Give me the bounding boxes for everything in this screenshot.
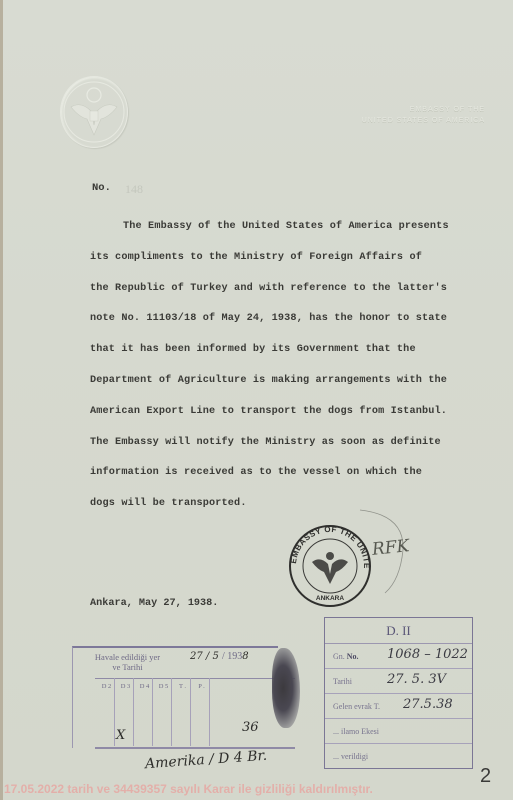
embossed-letterhead-text: EMBASSY OF THE UNITED STATES OF AMERICA	[335, 104, 485, 126]
stamp-row: Tarihi 27. 5. 3V	[325, 669, 472, 694]
body-line: The Embassy of the United States of Amer…	[90, 212, 470, 243]
body-line: American Export Line to transport the do…	[90, 397, 470, 428]
page-number: 2	[480, 765, 491, 788]
stamp-number: 36	[242, 720, 259, 735]
body-line: Department of Agriculture is making arra…	[90, 366, 470, 397]
body-line: The Embassy will notify the Ministry as …	[90, 428, 470, 459]
row-label-text: Gn.	[333, 652, 347, 661]
row-label: Gn. No.	[333, 652, 359, 661]
column-d3: D 3	[116, 683, 135, 690]
registry-stamp-left: Havale edildiği yer ve Tarihi 27 / 5 / 1…	[72, 646, 277, 706]
stamp-columns: D 2 D 3 D 4 D 5 T . P .	[97, 683, 211, 690]
place-date: Ankara, May 27, 1938.	[90, 598, 218, 609]
body-line: that it has been informed by its Governm…	[90, 335, 470, 366]
svg-text:ANKARA: ANKARA	[316, 595, 344, 602]
stamp-mark: X	[116, 728, 125, 743]
stamp-header-line1: Havale edildiği yer	[80, 652, 175, 662]
registry-stamp-right: D. II Gn. No. 1068 – 1022 Tarihi 27. 5. …	[324, 617, 473, 769]
stamp-date: 27 / 5 / 1938	[190, 651, 280, 662]
row-label: ... verildigi	[333, 752, 368, 761]
stamp-header-line2: ve Tarihi	[80, 662, 175, 672]
row-label: Gelen evrak T.	[333, 702, 380, 711]
stamp-year-handwritten: 8	[242, 651, 248, 662]
stamp-row: Gelen evrak T. 27.5.38	[325, 694, 472, 719]
body-line: its compliments to the Ministry of Forei…	[90, 243, 470, 274]
note-body: The Embassy of the United States of Amer…	[90, 212, 470, 520]
body-line: information is received as to the vessel…	[90, 458, 470, 489]
embossed-eagle-seal-icon	[60, 76, 128, 148]
row-label-bold: No.	[347, 652, 359, 661]
handwritten-initials: RFK	[371, 536, 410, 560]
body-line: note No. 11103/18 of May 24, 1938, has t…	[90, 304, 470, 335]
row-value: 1068 – 1022	[387, 647, 468, 662]
letterhead-line-1: EMBASSY OF THE	[335, 104, 485, 115]
row-value: 27. 5. 3V	[387, 672, 446, 687]
column-p: P .	[192, 683, 211, 690]
note-number-value: 148	[125, 182, 143, 197]
row-label: Tarihi	[333, 677, 352, 686]
stamp-year-printed: / 193	[222, 651, 242, 662]
declassification-watermark: 17.05.2022 tarih ve 34439357 sayılı Kara…	[4, 782, 373, 796]
stamp-row: ... verildigi	[325, 744, 472, 768]
stamp-row: Gn. No. 1068 – 1022	[325, 644, 472, 669]
body-line: the Republic of Turkey and with referenc…	[90, 274, 470, 305]
column-t: T .	[173, 683, 192, 690]
stamp-date-handwritten: 27 / 5	[190, 651, 219, 662]
letterhead-line-2: UNITED STATES OF AMERICA	[335, 115, 485, 126]
row-value: 27.5.38	[403, 697, 453, 712]
row-label: ... ilamo Ekesi	[333, 727, 379, 736]
stamp-header: Havale edildiği yer ve Tarihi	[80, 652, 175, 672]
column-d5: D 5	[154, 683, 173, 690]
note-number-label: No.	[92, 182, 111, 194]
column-d4: D 4	[135, 683, 154, 690]
stamp-row: ... ilamo Ekesi	[325, 719, 472, 744]
stamp-title: D. II	[325, 618, 472, 644]
column-d2: D 2	[97, 683, 116, 690]
